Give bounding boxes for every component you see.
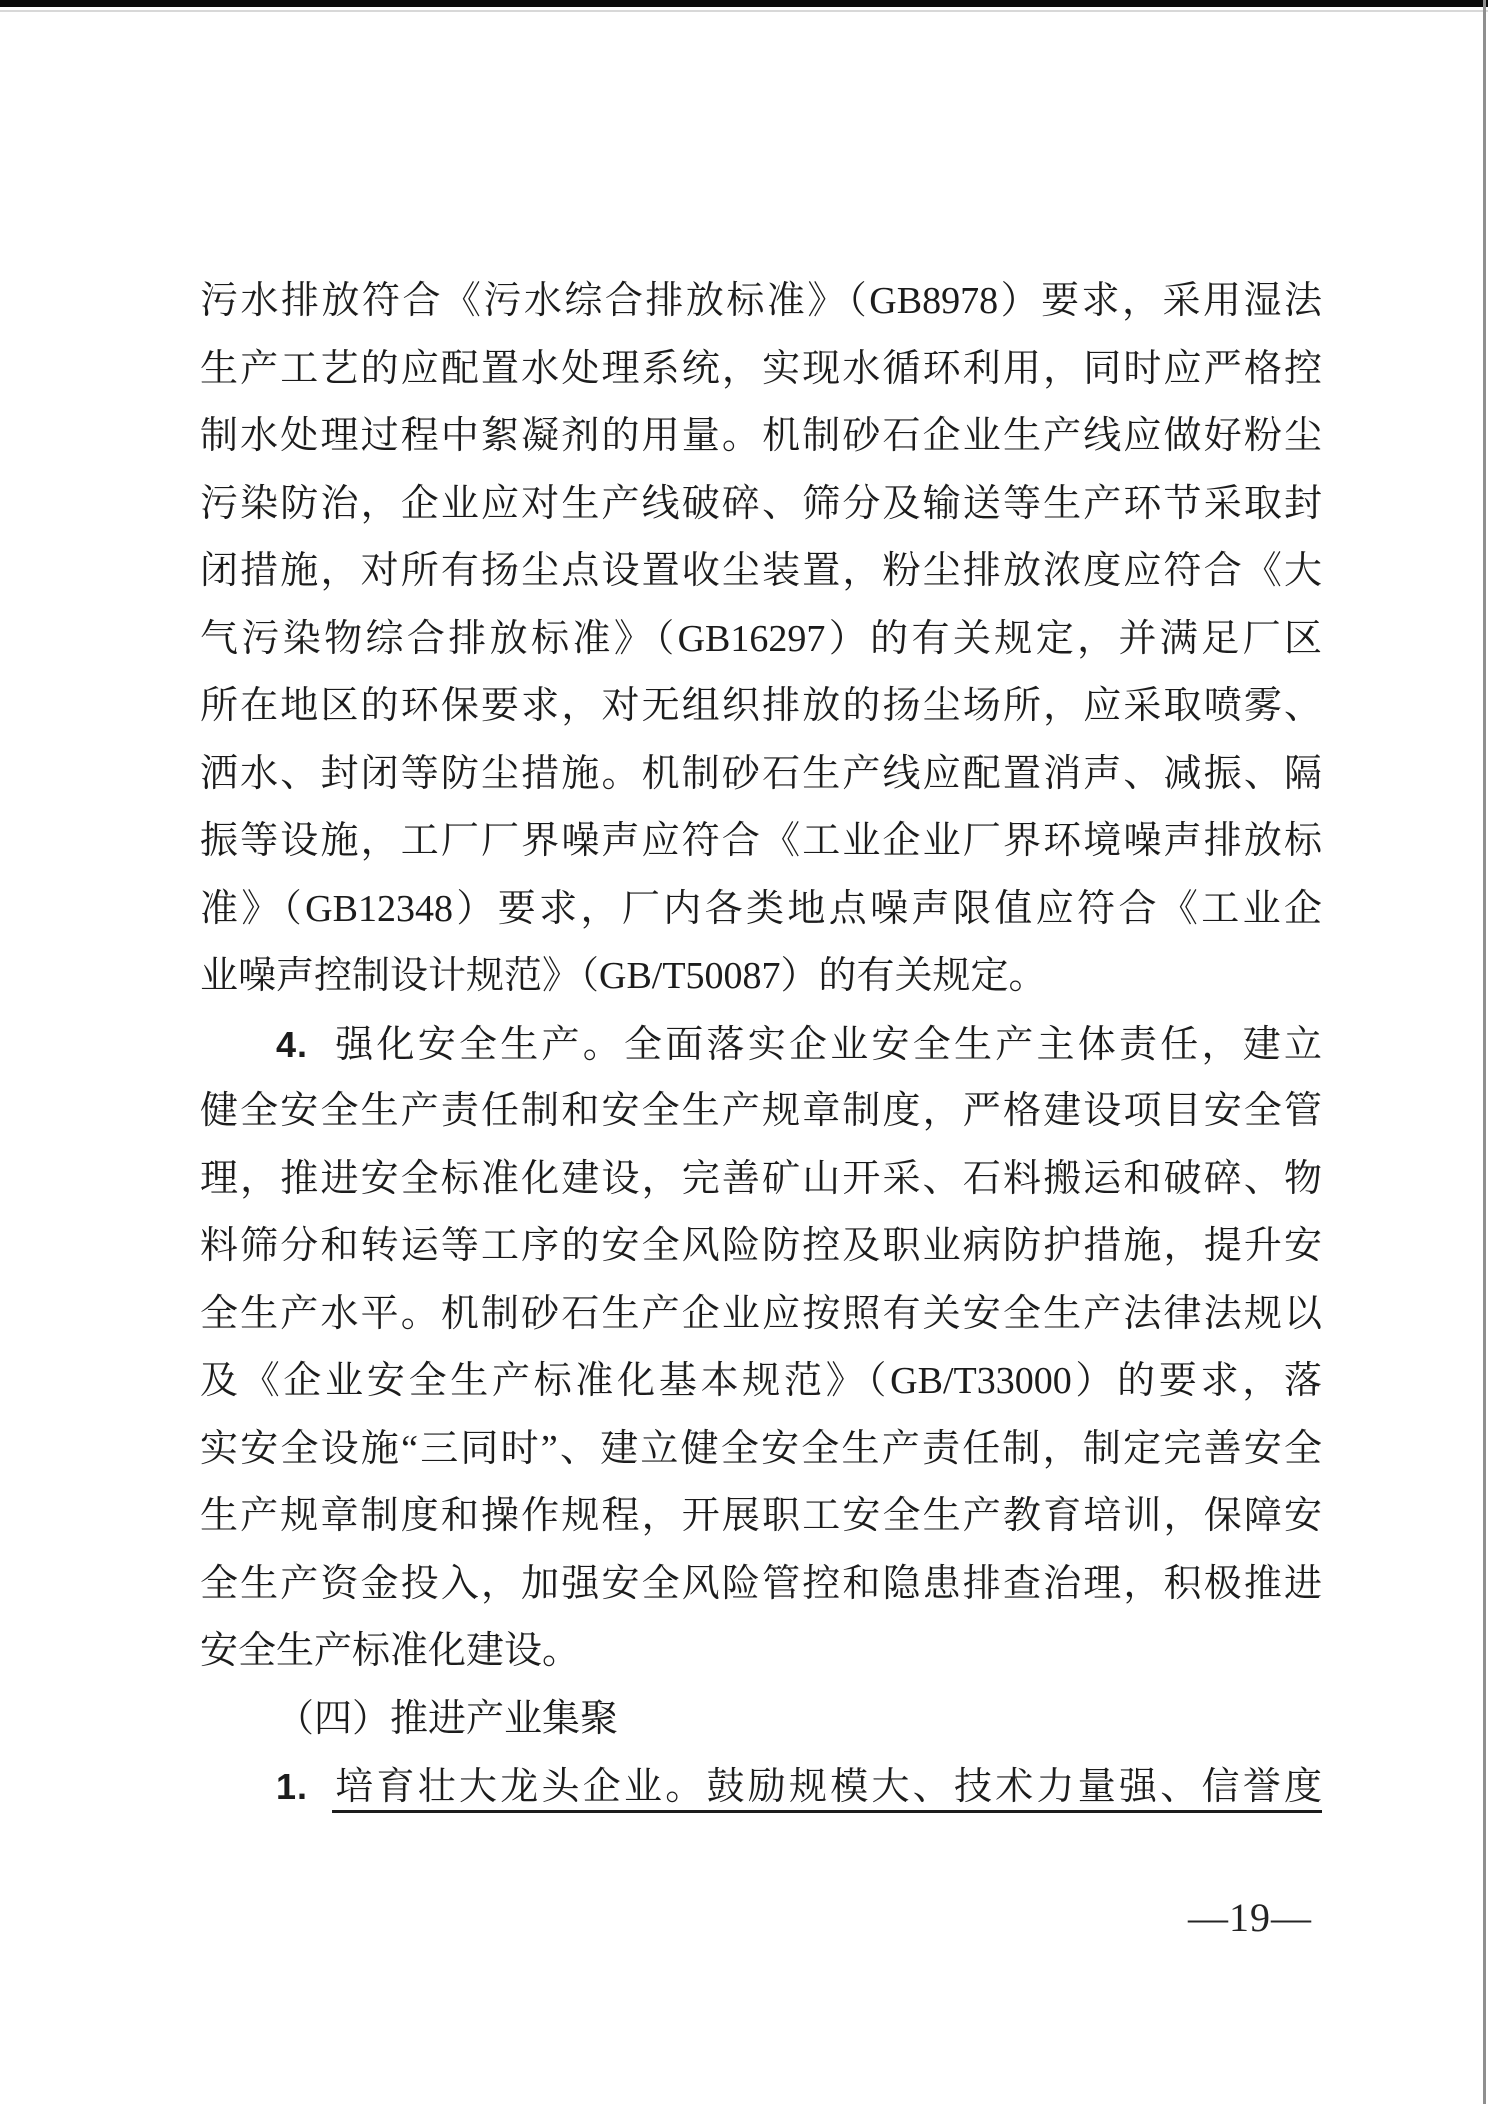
document-text: 污水排放符合《污水综合排放标准》（GB8978）要求，采用湿法 生产工艺的应配置…	[200, 268, 1322, 1821]
doc-line: 制水处理过程中絮凝剂的用量。机制砂石企业生产线应做好粉尘	[200, 403, 1322, 471]
scan-right-edge	[1483, 0, 1486, 2104]
doc-line: 安全生产标准化建设。	[200, 1618, 1322, 1686]
doc-line: 业噪声控制设计规范》（GB/T50087）的有关规定。	[200, 943, 1322, 1011]
doc-line: 料筛分和转运等工序的安全风险防控及职业病防护措施，提升安	[200, 1213, 1322, 1281]
doc-line-text: 强化安全生产。全面落实企业安全生产主体责任，建立	[332, 1024, 1322, 1066]
doc-line: 污染防治，企业应对生产线破碎、筛分及输送等生产环节采取封	[200, 471, 1322, 539]
page-number: —19—	[1188, 1896, 1312, 1940]
doc-line: 闭措施，对所有扬尘点设置收尘装置，粉尘排放浓度应符合《大	[200, 538, 1322, 606]
doc-line-text-underlined: 培育壮大龙头企业。鼓励规模大、技术力量强、信誉度	[332, 1766, 1322, 1808]
doc-line: 全生产资金投入，加强安全风险管控和隐患排查治理，积极推进	[200, 1551, 1322, 1619]
doc-section-heading: （四）推进产业集聚	[200, 1686, 1322, 1754]
doc-line: 准》（GB12348）要求，厂内各类地点噪声限值应符合《工业企	[200, 876, 1322, 944]
doc-line: 实安全设施“三同时”、建立健全安全生产责任制，制定完善安全	[200, 1416, 1322, 1484]
doc-line: 及《企业安全生产标准化基本规范》（GB/T33000）的要求，落	[200, 1348, 1322, 1416]
doc-line: 振等设施，工厂厂界噪声应符合《工业企业厂界环境噪声排放标	[200, 808, 1322, 876]
doc-line: 气污染物综合排放标准》（GB16297）的有关规定，并满足厂区	[200, 606, 1322, 674]
item-number: 4.	[276, 1024, 308, 1065]
doc-line: 洒水、封闭等防尘措施。机制砂石生产线应配置消声、减振、隔	[200, 741, 1322, 809]
scan-top-subline	[0, 10, 1488, 12]
doc-line: 生产规章制度和操作规程，开展职工安全生产教育培训，保障安	[200, 1483, 1322, 1551]
doc-line: 健全安全生产责任制和安全生产规章制度，严格建设项目安全管	[200, 1078, 1322, 1146]
scanned-document-page: { "colors": { "ink": "#1c1c1c", "scan_to…	[0, 0, 1488, 2104]
doc-line: 污水排放符合《污水综合排放标准》（GB8978）要求，采用湿法	[200, 268, 1322, 336]
doc-line: 所在地区的环保要求，对无组织排放的扬尘场所，应采取喷雾、	[200, 673, 1322, 741]
doc-line: 理，推进安全标准化建设，完善矿山开采、石料搬运和破碎、物	[200, 1146, 1322, 1214]
doc-line-numbered-item: 1.培育壮大龙头企业。鼓励规模大、技术力量强、信誉度	[200, 1753, 1322, 1821]
scan-top-edge	[0, 0, 1488, 7]
item-number: 1.	[276, 1766, 308, 1807]
doc-line-numbered-item: 4.强化安全生产。全面落实企业安全生产主体责任，建立	[200, 1011, 1322, 1079]
doc-line: 全生产水平。机制砂石生产企业应按照有关安全生产法律法规以	[200, 1281, 1322, 1349]
doc-line: 生产工艺的应配置水处理系统，实现水循环利用，同时应严格控	[200, 336, 1322, 404]
